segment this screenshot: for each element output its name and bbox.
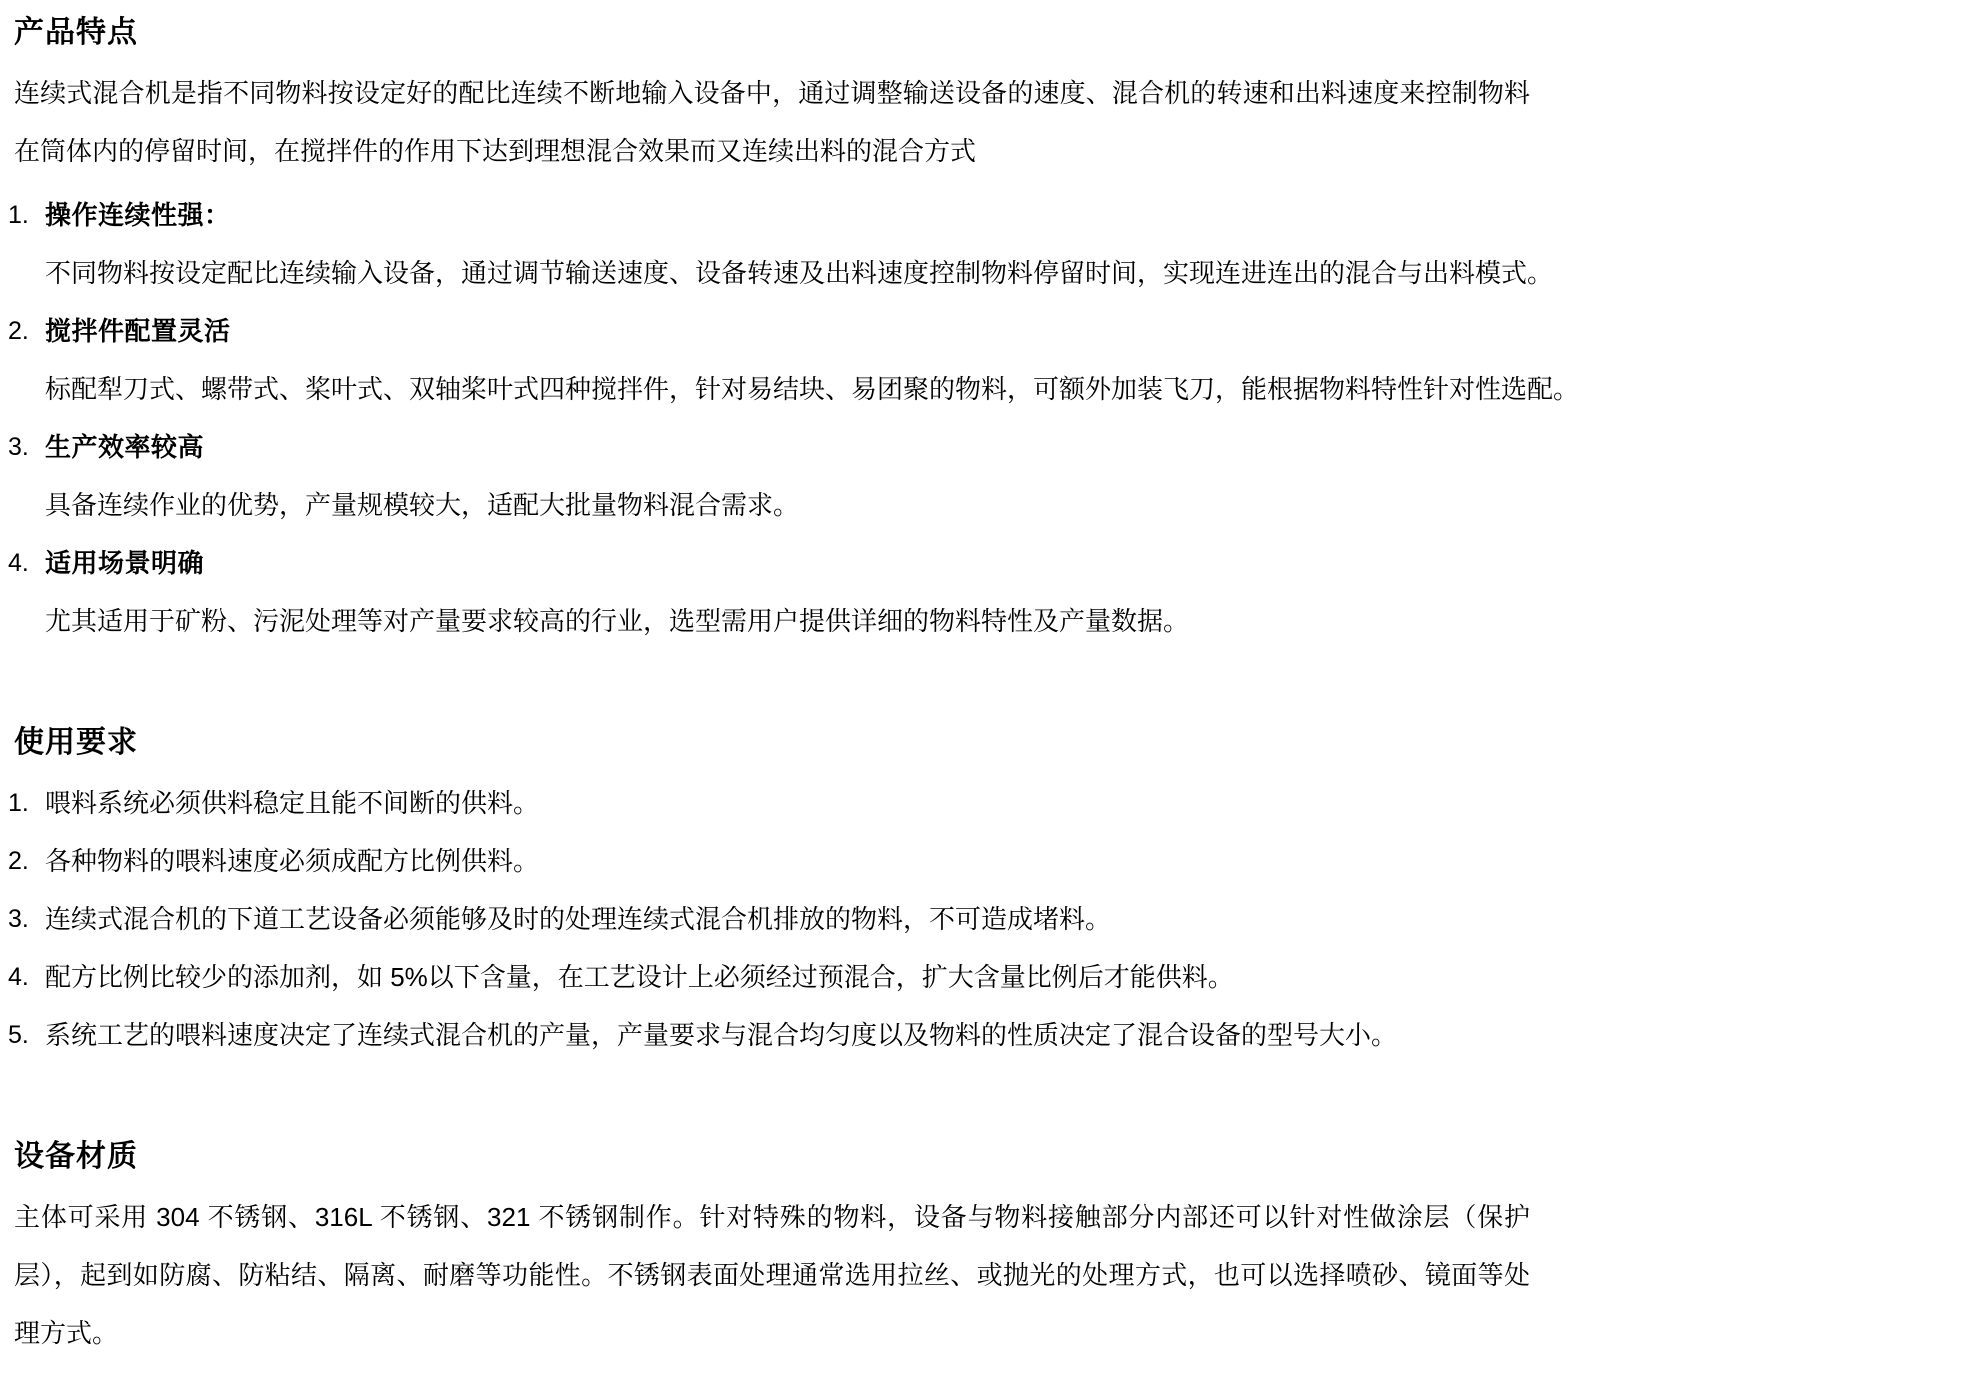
requirements-list: 1. 喂料系统必须供料稳定且能不间断的供料。 2. 各种物料的喂料速度必须成配方… <box>0 774 1965 1064</box>
feature-item-2-body: 标配犁刀式、螺带式、桨叶式、双轴桨叶式四种搅拌件，针对易结块、易团聚的物料，可额… <box>45 360 1965 418</box>
feature-item-4-number: 4. <box>8 534 29 592</box>
requirement-item-4-text: 配方比例比较少的添加剂，如 5%以下含量，在工艺设计上必须经过预混合，扩大含量比… <box>45 948 1965 1006</box>
feature-item-1-title: 操作连续性强： <box>45 186 1965 244</box>
material-heading: 设备材质 <box>0 1132 1965 1182</box>
requirement-item-3-text: 连续式混合机的下道工艺设备必须能够及时的处理连续式混合机排放的物料，不可造成堵料… <box>45 890 1965 948</box>
document-page: 产品特点 连续式混合机是指不同物料按设定好的配比连续不断地输入设备中，通过调整输… <box>0 0 1965 1362</box>
requirement-item-1-number: 1. <box>8 774 29 832</box>
requirement-item-2: 2. 各种物料的喂料速度必须成配方比例供料。 <box>0 832 1965 890</box>
feature-item-1: 1. 操作连续性强： 不同物料按设定配比连续输入设备，通过调节输送速度、设备转速… <box>0 186 1965 302</box>
requirements-heading: 使用要求 <box>0 718 1965 768</box>
section-product-features: 产品特点 连续式混合机是指不同物料按设定好的配比连续不断地输入设备中，通过调整输… <box>0 8 1965 650</box>
requirement-item-4: 4. 配方比例比较少的添加剂，如 5%以下含量，在工艺设计上必须经过预混合，扩大… <box>0 948 1965 1006</box>
features-heading: 产品特点 <box>0 8 1965 58</box>
feature-item-3-number: 3. <box>8 418 29 476</box>
requirement-item-1-text: 喂料系统必须供料稳定且能不间断的供料。 <box>45 774 1965 832</box>
section-usage-requirements: 使用要求 1. 喂料系统必须供料稳定且能不间断的供料。 2. 各种物料的喂料速度… <box>0 718 1965 1064</box>
feature-item-4-body: 尤其适用于矿粉、污泥处理等对产量要求较高的行业，选型需用户提供详细的物料特性及产… <box>45 592 1965 650</box>
requirement-item-2-text: 各种物料的喂料速度必须成配方比例供料。 <box>45 832 1965 890</box>
requirement-item-5: 5. 系统工艺的喂料速度决定了连续式混合机的产量，产量要求与混合均匀度以及物料的… <box>0 1006 1965 1064</box>
features-list: 1. 操作连续性强： 不同物料按设定配比连续输入设备，通过调节输送速度、设备转速… <box>0 186 1965 650</box>
requirement-item-3-number: 3. <box>8 890 29 948</box>
feature-item-1-body: 不同物料按设定配比连续输入设备，通过调节输送速度、设备转速及出料速度控制物料停留… <box>45 244 1965 302</box>
feature-item-1-number: 1. <box>8 186 29 244</box>
feature-item-3: 3. 生产效率较高 具备连续作业的优势，产量规模较大，适配大批量物料混合需求。 <box>0 418 1965 534</box>
features-intro-paragraph: 连续式混合机是指不同物料按设定好的配比连续不断地输入设备中，通过调整输送设备的速… <box>14 64 1530 180</box>
requirement-item-1: 1. 喂料系统必须供料稳定且能不间断的供料。 <box>0 774 1965 832</box>
feature-item-3-title: 生产效率较高 <box>45 418 1965 476</box>
requirement-item-4-number: 4. <box>8 948 29 1006</box>
feature-item-3-body: 具备连续作业的优势，产量规模较大，适配大批量物料混合需求。 <box>45 476 1965 534</box>
requirement-item-5-number: 5. <box>8 1006 29 1064</box>
feature-item-4-title: 适用场景明确 <box>45 534 1965 592</box>
requirement-item-5-text: 系统工艺的喂料速度决定了连续式混合机的产量，产量要求与混合均匀度以及物料的性质决… <box>45 1006 1965 1064</box>
material-paragraph: 主体可采用 304 不锈钢、316L 不锈钢、321 不锈钢制作。针对特殊的物料… <box>14 1188 1530 1362</box>
feature-item-2-number: 2. <box>8 302 29 360</box>
requirement-item-2-number: 2. <box>8 832 29 890</box>
feature-item-4: 4. 适用场景明确 尤其适用于矿粉、污泥处理等对产量要求较高的行业，选型需用户提… <box>0 534 1965 650</box>
feature-item-2: 2. 搅拌件配置灵活 标配犁刀式、螺带式、桨叶式、双轴桨叶式四种搅拌件，针对易结… <box>0 302 1965 418</box>
requirement-item-3: 3. 连续式混合机的下道工艺设备必须能够及时的处理连续式混合机排放的物料，不可造… <box>0 890 1965 948</box>
section-equipment-material: 设备材质 主体可采用 304 不锈钢、316L 不锈钢、321 不锈钢制作。针对… <box>0 1132 1965 1362</box>
feature-item-2-title: 搅拌件配置灵活 <box>45 302 1965 360</box>
